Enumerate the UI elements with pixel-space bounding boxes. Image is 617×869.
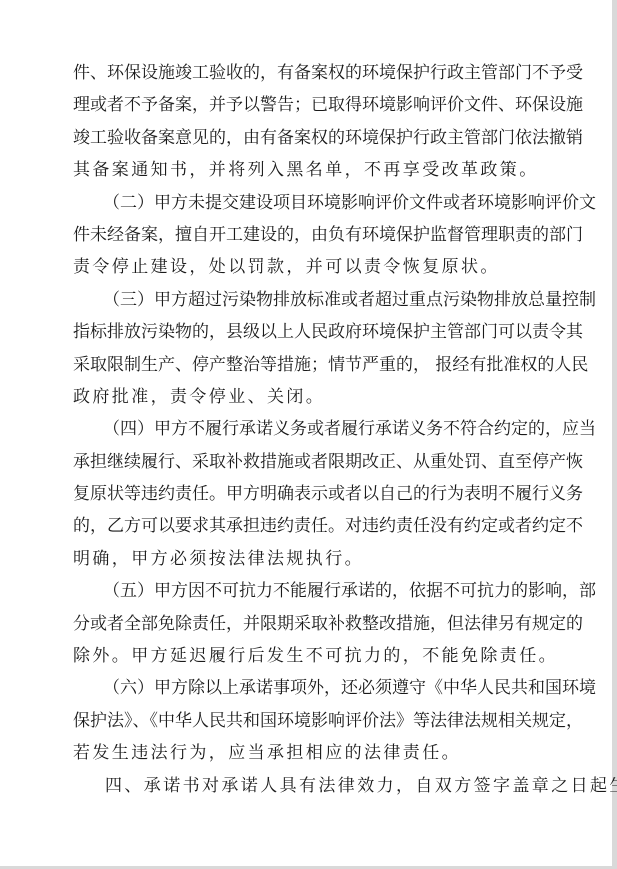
document-page: 件、环保设施竣工验收的，有备案权的环境保护行政主管部门不予受 理或者不予备案，并… [0,0,612,866]
text-line: 采取限制生产、停产整治等措施；情节严重的， 报经有批准权的人民 [73,349,541,381]
text-line: 指标排放污染物的，县级以上人民政府环境保护主管部门可以责令其 [73,316,541,348]
text-line: 若发生违法行为，应当承担相应的法律责任。 [73,737,541,769]
paragraph-item-6: （六）甲方除以上承诺事项外，还必须遵守《中华人民共和国环境 保护法》、《中华人民… [73,672,541,769]
text-line: 理或者不予备案，并予以警告；已取得环境影响评价文件、环保设施 [73,89,541,121]
text-line: 责令停止建设，处以罚款，并可以责令恢复原状。 [73,251,541,283]
text-line: 四、承诺书对承诺人具有法律效力，自双方签字盖章之日起生效。 [73,770,541,802]
document-body: 件、环保设施竣工验收的，有备案权的环境保护行政主管部门不予受 理或者不予备案，并… [73,57,541,802]
text-line: 件未经备案，擅自开工建设的，由负有环境保护监督管理职责的部门 [73,219,541,251]
text-line: 其备案通知书，并将列入黑名单，不再享受改革政策。 [73,154,541,186]
text-line: 承担继续履行、采取补救措施或者限期改正、从重处罚、直至停产恢 [73,446,541,478]
text-line: （六）甲方除以上承诺事项外，还必须遵守《中华人民共和国环境 [73,672,541,704]
text-line: （四）甲方不履行承诺义务或者履行承诺义务不符合约定的，应当 [73,413,541,445]
text-line: 政府批准，责令停业、关闭。 [73,381,541,413]
text-line: 保护法》、《中华人民共和国环境影响评价法》等法律法规相关规定， [73,705,541,737]
paragraph-item-5: （五）甲方因不可抗力不能履行承诺的，依据不可抗力的影响，部 分或者全部免除责任，… [73,575,541,672]
paragraph-section-4: 四、承诺书对承诺人具有法律效力，自双方签字盖章之日起生效。 [73,770,541,802]
text-line: （三）甲方超过污染物排放标准或者超过重点污染物排放总量控制 [73,284,541,316]
paragraph-item-2: （二）甲方未提交建设项目环境影响评价文件或者环境影响评价文 件未经备案，擅自开工… [73,187,541,284]
text-line: 的，乙方可以要求其承担违约责任。对违约责任没有约定或者约定不 [73,510,541,542]
paragraph-item-4: （四）甲方不履行承诺义务或者履行承诺义务不符合约定的，应当 承担继续履行、采取补… [73,413,541,575]
text-line: （二）甲方未提交建设项目环境影响评价文件或者环境影响评价文 [73,187,541,219]
text-line: （五）甲方因不可抗力不能履行承诺的，依据不可抗力的影响，部 [73,575,541,607]
text-line: 明确，甲方必须按法律法规执行。 [73,543,541,575]
text-line: 分或者全部免除责任，并限期采取补救整改措施，但法律另有规定的 [73,608,541,640]
paragraph-item-3: （三）甲方超过污染物排放标准或者超过重点污染物排放总量控制 指标排放污染物的，县… [73,284,541,414]
text-line: 竣工验收备案意见的，由有备案权的环境保护行政主管部门依法撤销 [73,122,541,154]
text-line: 件、环保设施竣工验收的，有备案权的环境保护行政主管部门不予受 [73,57,541,89]
text-line: 复原状等违约责任。甲方明确表示或者以自己的行为表明不履行义务 [73,478,541,510]
paragraph-continuation: 件、环保设施竣工验收的，有备案权的环境保护行政主管部门不予受 理或者不予备案，并… [73,57,541,187]
text-line: 除外。甲方延迟履行后发生不可抗力的，不能免除责任。 [73,640,541,672]
